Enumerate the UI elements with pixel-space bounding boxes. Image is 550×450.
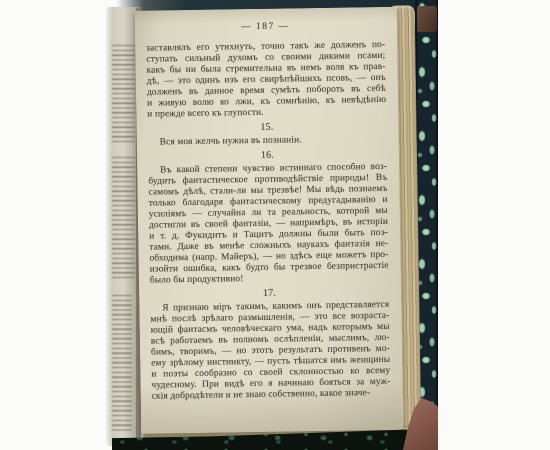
text-line: и прежде всего къ глупости. [147, 106, 386, 121]
continuation-paragraph: заставлялъ его утихнуть, точно такъ же д… [146, 40, 386, 121]
open-book-page: — 187 — заставлялъ его утихнуть, точно т… [135, 3, 428, 443]
verso-text-smudge [112, 295, 132, 433]
text-line: было бы продуктивно! [150, 272, 389, 287]
section-16-paragraph: Въ какой степени чувство истиннаго спосо… [148, 162, 389, 287]
section-17-paragraph: Я признаю міръ такимъ, какимъ онъ предст… [150, 300, 391, 403]
page-paper: — 187 — заставлялъ его утихнуть, точно т… [135, 7, 404, 434]
section-15-paragraph: Вся моя желчь нужна въ познаніи. [148, 134, 387, 149]
photo-backdrop: — 187 — заставлялъ его утихнуть, точно т… [0, 0, 550, 450]
section-number-17: 17. [150, 286, 389, 301]
text-line: Вся моя желчь нужна въ познаніи. [148, 134, 387, 149]
text-line: скія добродѣтели и не знаю собственно, к… [152, 388, 391, 403]
verso-text-smudge [112, 157, 135, 281]
verso-text-smudge [112, 45, 135, 143]
section-number-16: 16. [148, 148, 387, 163]
section-number-15: 15. [147, 120, 386, 135]
page-number: — 187 — [146, 20, 385, 34]
text-column: — 187 — заставлялъ его утихнуть, точно т… [146, 20, 391, 403]
